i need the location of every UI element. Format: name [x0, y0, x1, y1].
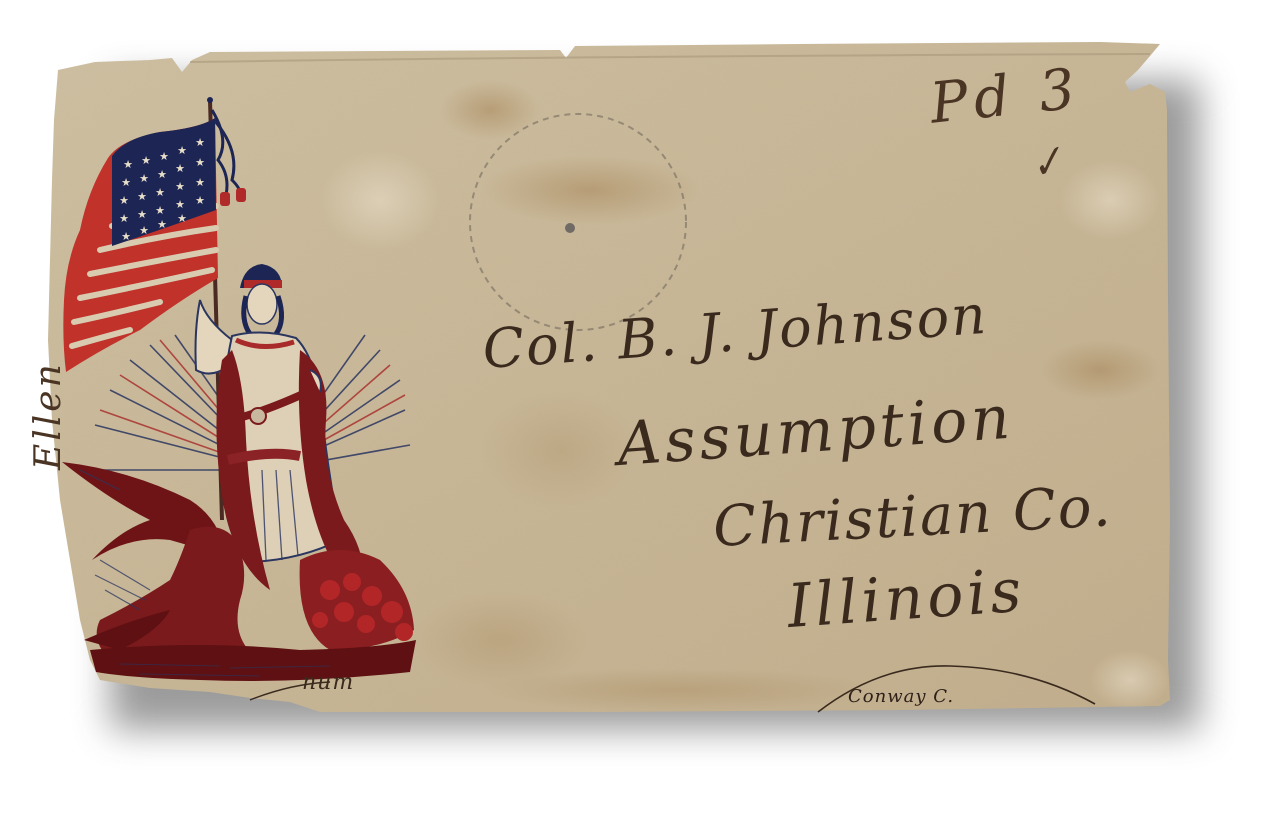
- svg-text:★: ★: [175, 198, 185, 211]
- envelope: ★★★★★ ★★★★★ ★★★★★ ★★★★★ ★★★★: [0, 0, 1274, 834]
- svg-text:★: ★: [121, 230, 131, 243]
- svg-text:★: ★: [119, 194, 129, 207]
- svg-text:★: ★: [139, 172, 149, 185]
- svg-text:★: ★: [141, 154, 151, 167]
- bottom-docket-note: Conway C.: [848, 686, 954, 707]
- svg-text:★: ★: [177, 144, 187, 157]
- svg-text:★: ★: [195, 176, 205, 189]
- svg-text:★: ★: [137, 190, 147, 203]
- svg-text:★: ★: [157, 168, 167, 181]
- svg-text:★: ★: [139, 224, 149, 237]
- svg-text:★: ★: [119, 212, 129, 225]
- svg-text:★: ★: [195, 136, 205, 149]
- svg-text:★: ★: [137, 208, 147, 221]
- svg-text:★: ★: [121, 176, 131, 189]
- photo-stage: ★★★★★ ★★★★★ ★★★★★ ★★★★★ ★★★★: [0, 0, 1274, 834]
- svg-text:★: ★: [175, 162, 185, 175]
- lower-left-fragment: num: [302, 670, 354, 695]
- svg-text:★: ★: [195, 156, 205, 169]
- svg-text:★: ★: [123, 158, 133, 171]
- svg-text:★: ★: [155, 186, 165, 199]
- svg-text:★: ★: [175, 180, 185, 193]
- svg-text:★: ★: [159, 150, 169, 163]
- svg-text:★: ★: [157, 218, 167, 231]
- svg-text:★: ★: [155, 204, 165, 217]
- svg-text:★: ★: [177, 212, 187, 225]
- svg-text:★: ★: [195, 194, 205, 207]
- left-edge-fragment: Ellen: [28, 361, 69, 470]
